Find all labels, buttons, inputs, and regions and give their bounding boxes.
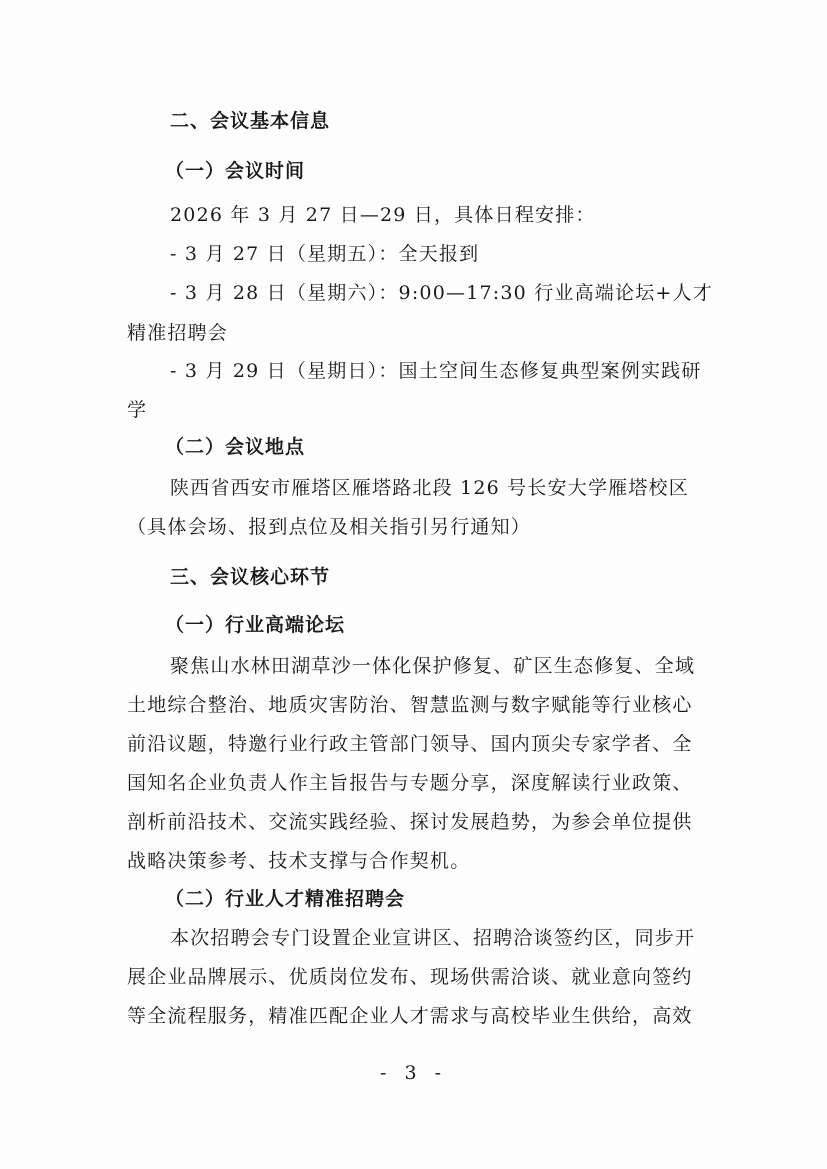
recruitment-paragraph-line: 本次招聘会专门设置企业宣讲区、招聘洽谈签约区，同步开 <box>170 925 695 951</box>
subheading-meeting-time: （一）会议时间 <box>165 158 305 184</box>
section-heading-core-sessions: 三、会议核心环节 <box>170 564 330 590</box>
section-heading-basic-info: 二、会议基本信息 <box>170 108 330 134</box>
subheading-recruitment-fair: （二）行业人才精准招聘会 <box>165 886 405 912</box>
schedule-item-day3: - 3 月 29 日（星期日）：国土空间生态修复典型案例实践研 <box>170 358 702 384</box>
schedule-item-day2-cont: 精准招聘会 <box>127 320 228 346</box>
document-page: 二、会议基本信息 （一）会议时间 2026 年 3 月 27 日—29 日，具体… <box>0 0 827 1169</box>
forum-paragraph-line: 国知名企业负责人作主旨报告与专题分享，深度解读行业政策、 <box>127 770 693 796</box>
location-address: 陕西省西安市雁塔区雁塔路北段 126 号长安大学雁塔校区 <box>170 475 689 501</box>
page-number: - 3 - <box>0 1062 827 1084</box>
recruitment-paragraph-line: 展企业品牌展示、优质岗位发布、现场供需洽谈、就业意向签约 <box>127 964 693 990</box>
forum-paragraph-line: 剖析前沿技术、交流实践经验、探讨发展趋势，为参会单位提供 <box>127 809 693 835</box>
subheading-meeting-location: （二）会议地点 <box>165 434 305 460</box>
schedule-item-day2: - 3 月 28 日（星期六）：9:00—17:30 行业高端论坛+人才 <box>170 280 713 306</box>
forum-paragraph-line: 聚焦山水林田湖草沙一体化保护修复、矿区生态修复、全域 <box>170 653 695 679</box>
forum-paragraph-line: 土地综合整治、地质灾害防治、智慧监测与数字赋能等行业核心 <box>127 692 693 718</box>
meeting-time-intro: 2026 年 3 月 27 日—29 日，具体日程安排： <box>170 202 596 228</box>
schedule-item-day1: - 3 月 27 日（星期五）：全天报到 <box>170 241 479 267</box>
subheading-forum: （一）行业高端论坛 <box>165 612 345 638</box>
forum-paragraph-line: 前沿议题，特邀行业行政主管部门领导、国内顶尖专家学者、全 <box>127 731 693 757</box>
forum-paragraph-line: 战略决策参考、技术支撑与合作契机。 <box>127 848 470 874</box>
recruitment-paragraph-line: 等全流程服务，精准匹配企业人才需求与高校毕业生供给，高效 <box>127 1003 693 1029</box>
schedule-item-day3-cont: 学 <box>127 397 147 423</box>
location-note: （具体会场、报到点位及相关指引另行通知） <box>127 514 531 540</box>
